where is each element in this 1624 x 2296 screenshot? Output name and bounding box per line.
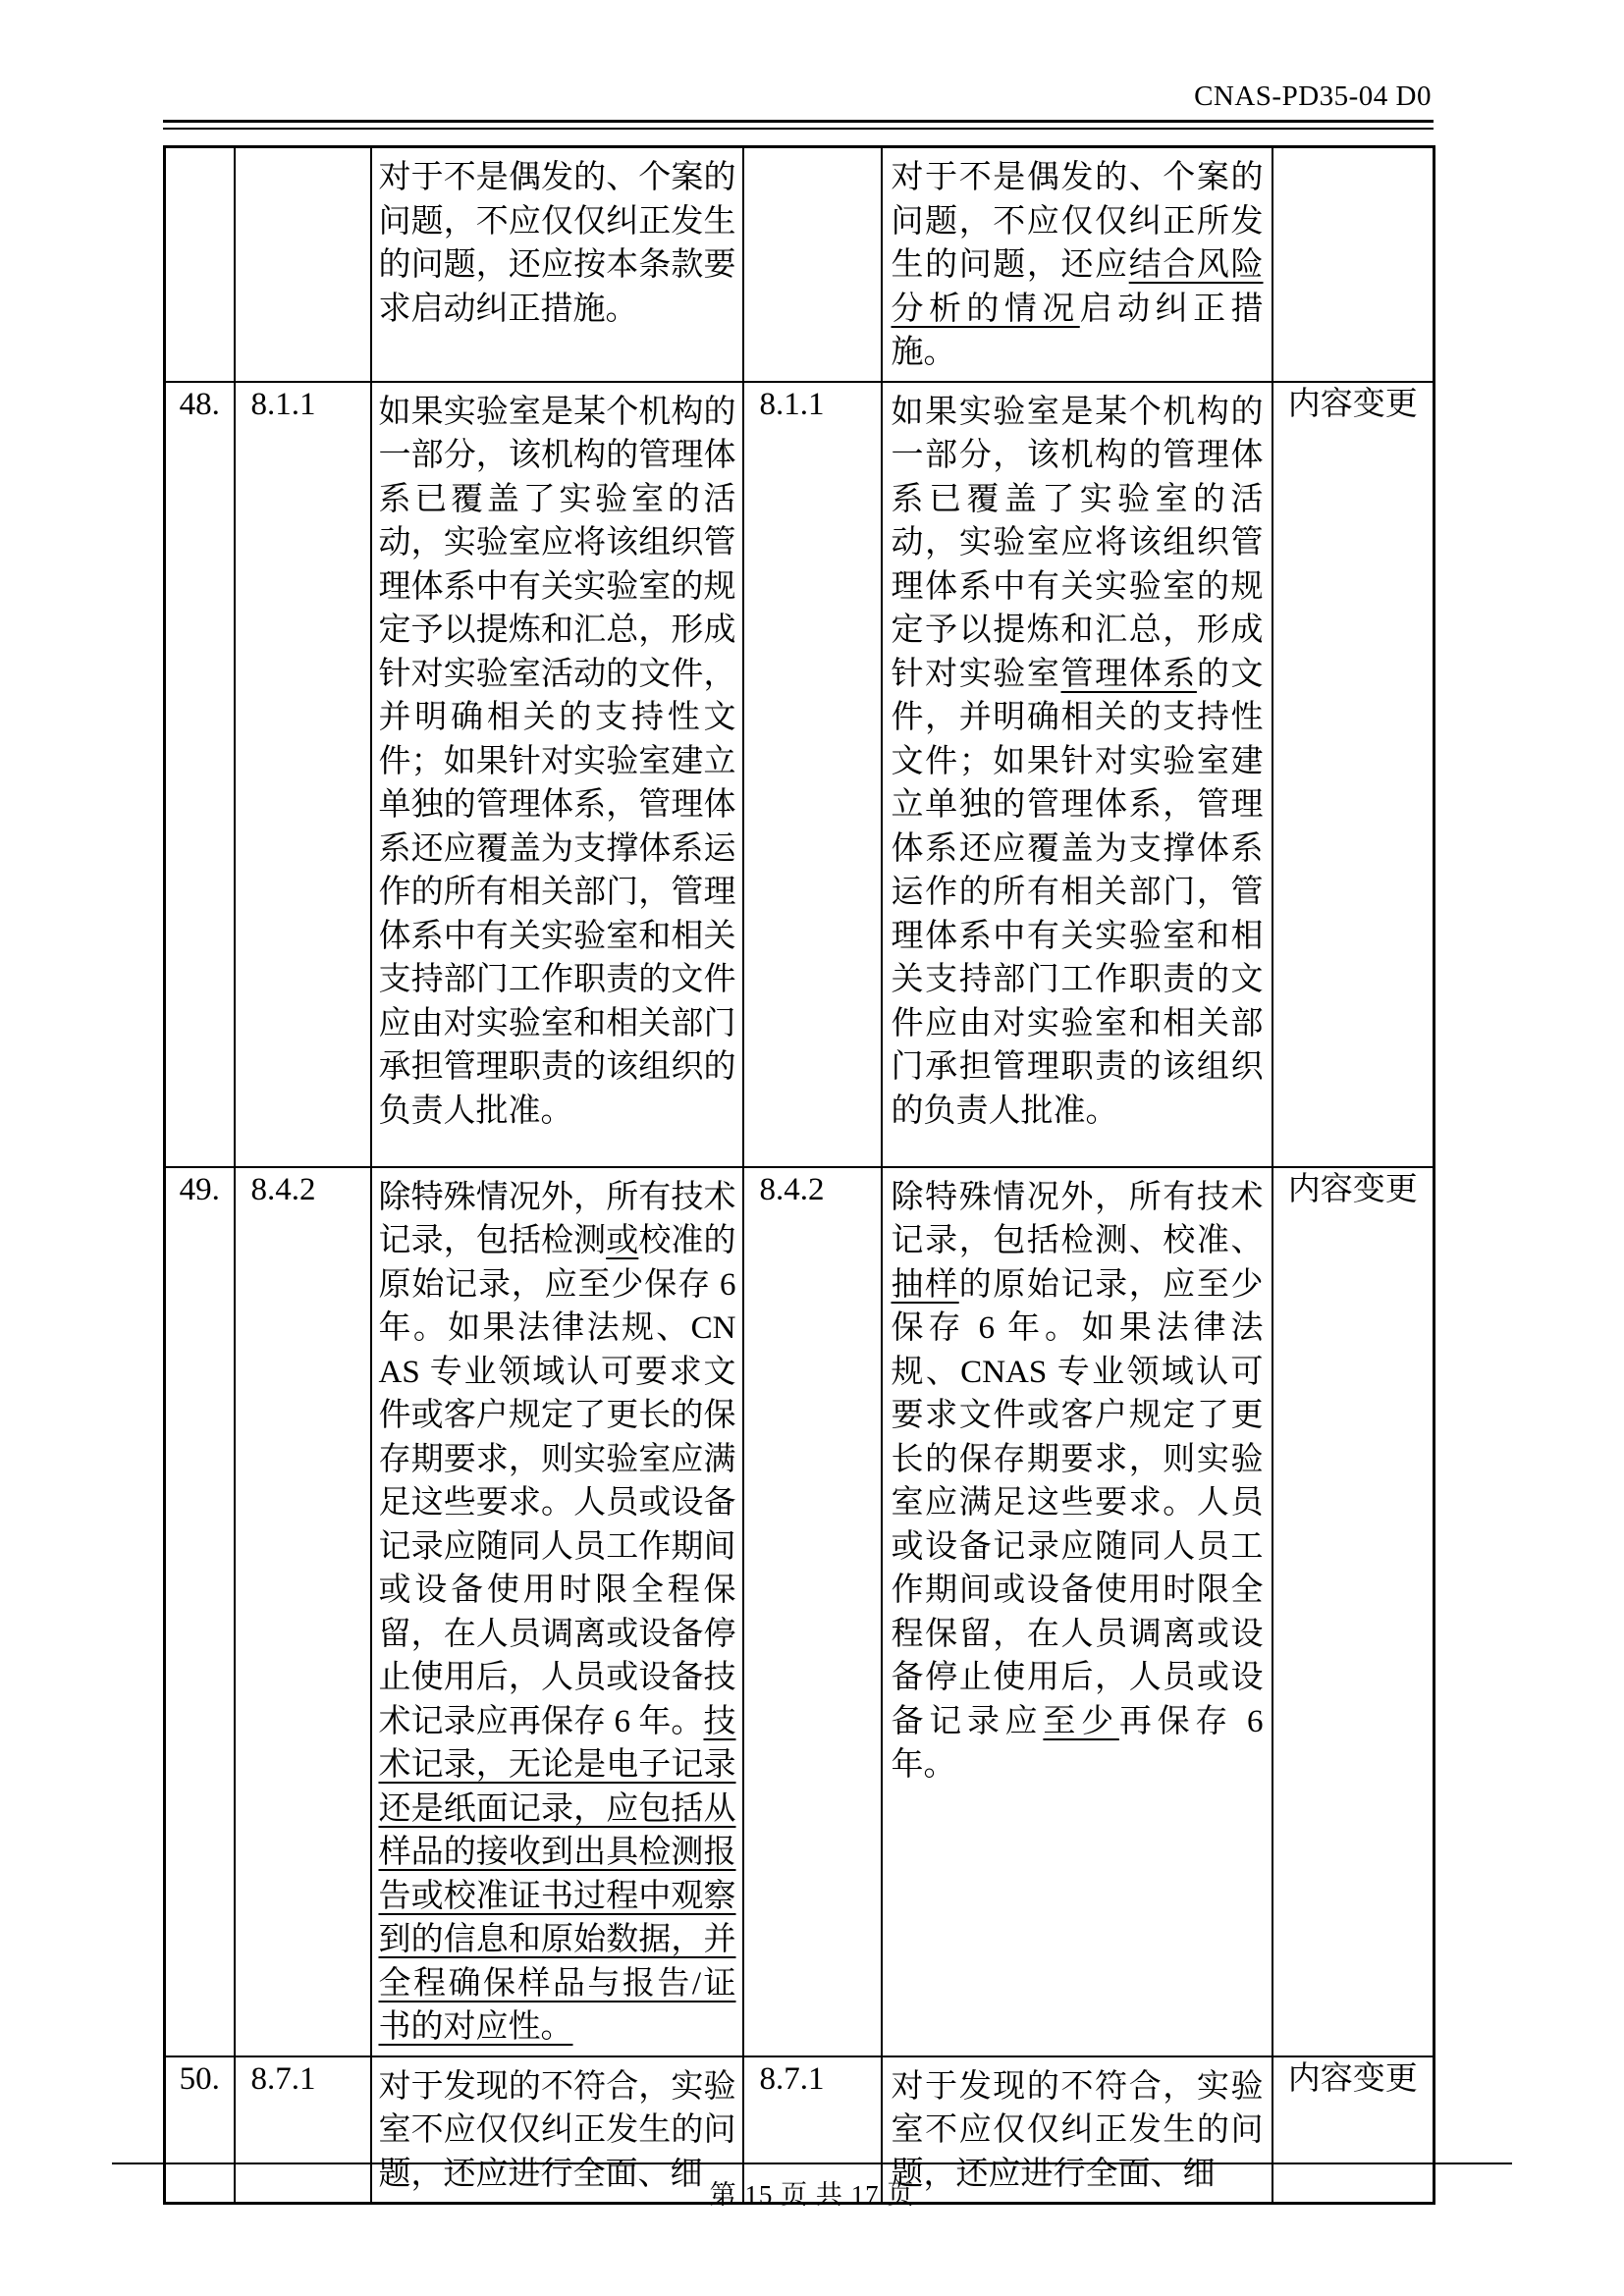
table-row-49: 49. 8.4.2 除特殊情况外，所有技术记录，包括检测或校准的原始记录，应至少… (165, 1167, 1435, 2056)
new-clause-cell (743, 147, 882, 382)
underlined-text: 至少 (1043, 1704, 1118, 1739)
underlined-text: 技术记录，无论是电子记录还是纸面记录，应包括从样品的接收到出具检测报告或校准证书… (379, 1704, 736, 2046)
table-row-48: 48. 8.1.1 如果实验室是某个机构的一部分，该机构的管理体系已覆盖了实验室… (165, 382, 1435, 1167)
row-number-cell: 48. (165, 382, 235, 1167)
old-text-cell: 如果实验室是某个机构的一部分，该机构的管理体系已覆盖了实验室的活动，实验室应将该… (371, 382, 743, 1167)
new-text-cell: 如果实验室是某个机构的一部分，该机构的管理体系已覆盖了实验室的活动，实验室应将该… (882, 382, 1272, 1167)
document-page: CNAS-PD35-04 D0 对于不是偶发的、个案的问题，不应仅仅纠正发生的问… (0, 0, 1624, 2296)
text-run: 校准的原始记录，应至少保存 6 年。如果法律法规、CNAS 专业领域认可要求文件… (379, 1223, 736, 1739)
underlined-text: 管理体系 (1061, 657, 1197, 692)
new-clause-cell: 8.4.2 (743, 1167, 882, 2056)
old-text-cell: 对于不是偶发的、个案的问题，不应仅仅纠正发生的问题，还应按本条款要求启动纠正措施… (371, 147, 743, 382)
new-text-cell: 除特殊情况外，所有技术记录，包括检测、校准、抽样的原始记录，应至少保存 6 年。… (882, 1167, 1272, 2056)
old-clause-cell (235, 147, 371, 382)
text-run: 对于不是偶发的、个案的问题，不应仅仅纠正发生的问题，还应按本条款要求启动纠正措施… (379, 160, 736, 327)
row-number-cell: 49. (165, 1167, 235, 2056)
table-row-continuation: 对于不是偶发的、个案的问题，不应仅仅纠正发生的问题，还应按本条款要求启动纠正措施… (165, 147, 1435, 382)
change-type-cell (1272, 147, 1435, 382)
text-run: 如果实验室是某个机构的一部分，该机构的管理体系已覆盖了实验室的活动，实验室应将该… (892, 395, 1264, 692)
new-clause-cell: 8.1.1 (743, 382, 882, 1167)
old-clause-cell: 8.4.2 (235, 1167, 371, 2056)
footer-rule (112, 2163, 1512, 2164)
underlined-text: 抽样 (892, 1267, 959, 1303)
text-run: 除特殊情况外，所有技术记录，包括检测、校准、 (892, 1180, 1264, 1259)
old-text-cell: 除特殊情况外，所有技术记录，包括检测或校准的原始记录，应至少保存 6 年。如果法… (371, 1167, 743, 2056)
underlined-text: 或 (606, 1223, 638, 1258)
old-clause-cell: 8.1.1 (235, 382, 371, 1167)
doc-code: CNAS-PD35-04 D0 (1194, 80, 1432, 113)
page-number: 第 15 页 共 17 页 (0, 2173, 1624, 2212)
new-text-cell: 对于不是偶发的、个案的问题，不应仅仅纠正所发生的问题，还应结合风险分析的情况启动… (882, 147, 1272, 382)
revision-comparison-table: 对于不是偶发的、个案的问题，不应仅仅纠正发生的问题，还应按本条款要求启动纠正措施… (163, 145, 1435, 2205)
text-run: 的文件，并明确相关的支持性文件；如果针对实验室建立单独的管理体系，管理体系还应覆… (892, 657, 1264, 1129)
header-rule (163, 120, 1434, 130)
text-run: 的原始记录，应至少保存 6 年。如果法律法规、CNAS 专业领域认可要求文件或客… (892, 1267, 1264, 1739)
change-type-cell: 内容变更 (1272, 382, 1435, 1167)
change-type-cell: 内容变更 (1272, 1167, 1435, 2056)
text-run: 如果实验室是某个机构的一部分，该机构的管理体系已覆盖了实验室的活动，实验室应将该… (379, 395, 736, 1129)
row-number-cell (165, 147, 235, 382)
